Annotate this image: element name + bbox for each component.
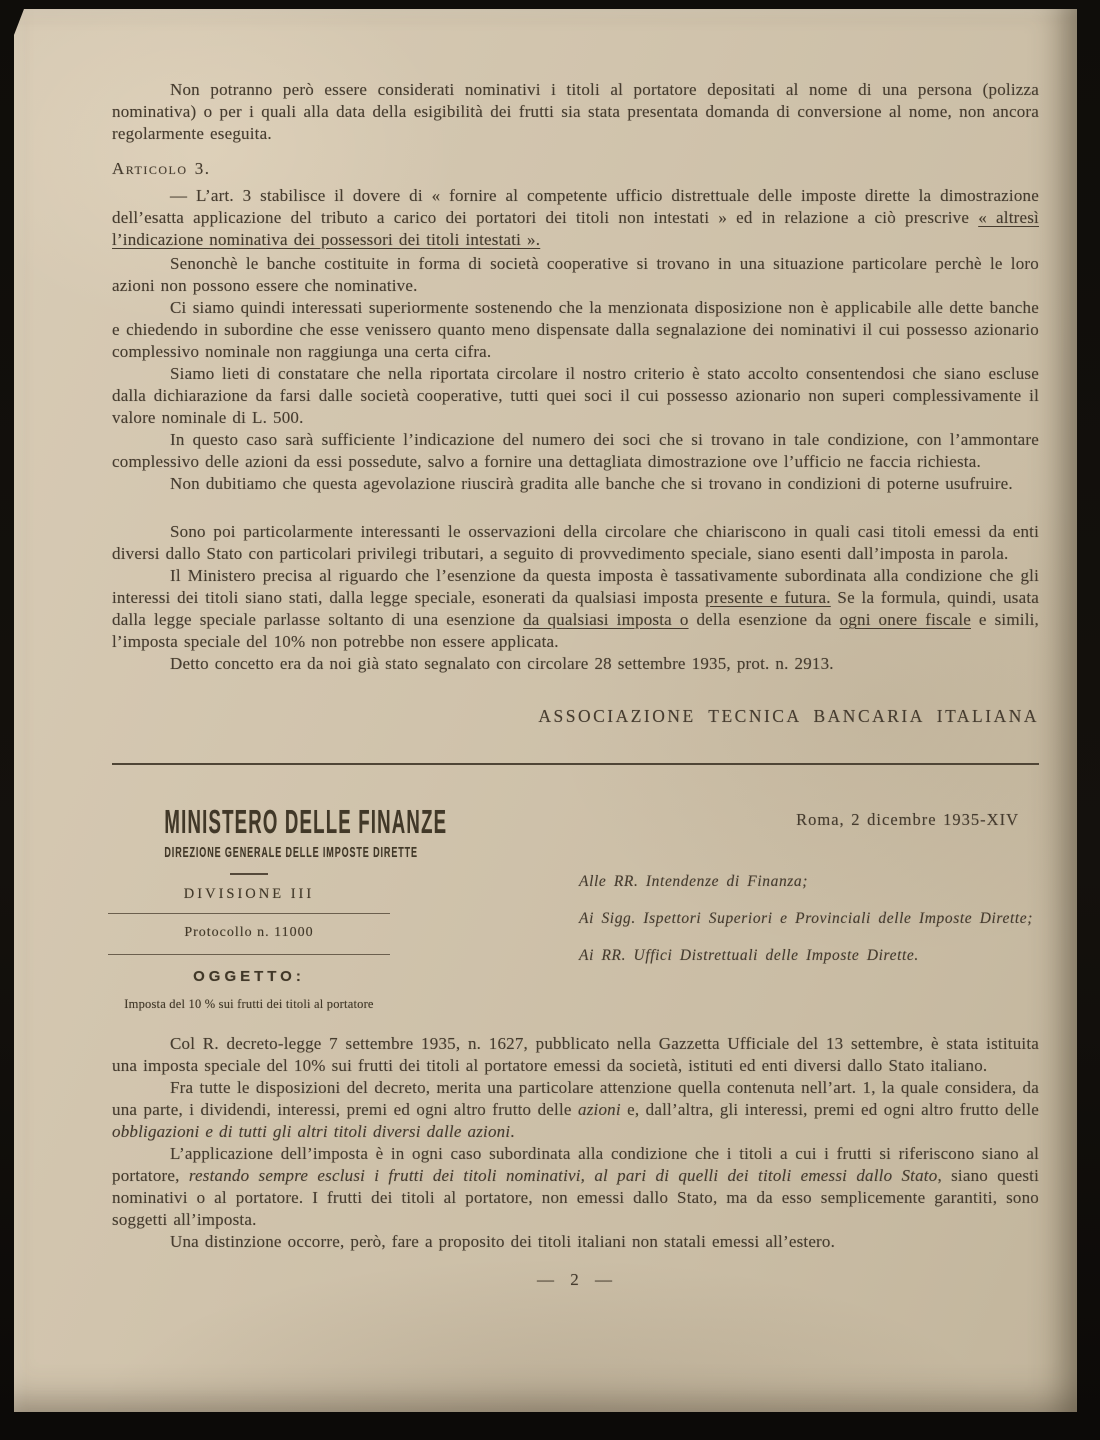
paragraph: Non dubitiamo che questa agevolazione ri…: [112, 473, 1039, 495]
ministry-name: MINISTERO DELLE FINANZE: [164, 805, 333, 838]
text-segment: e, dall’altra, gli interessi, premi ed o…: [621, 1100, 1039, 1119]
text-segment: .: [510, 1122, 514, 1141]
underline-emphasis: presente e futura.: [705, 588, 831, 607]
directorate-name: DIREZIONE GENERALE DELLE IMPOSTE DIRETTE: [164, 845, 333, 860]
paragraph: In questo caso sarà sufficiente l’indica…: [112, 429, 1039, 473]
recipients-list: Alle RR. Intendenze di Finanza; Ai Sigg.…: [579, 871, 1039, 967]
italic-emphasis: azioni: [578, 1100, 621, 1119]
decree-section: Col R. decreto-legge 7 settembre 1935, n…: [112, 1033, 1039, 1253]
scanned-document-screenshot: { "page": { "paper_color": "#d1c4ad", "i…: [0, 0, 1100, 1440]
paragraph: Siamo lieti di constatare che nella ripo…: [112, 363, 1039, 429]
paragraph: Col R. decreto-legge 7 settembre 1935, n…: [112, 1033, 1039, 1077]
paragraph: Una distinzione occorre, però, fare a pr…: [112, 1231, 1039, 1253]
paragraph-art3: — L’art. 3 stabilisce il dovere di « for…: [112, 185, 1039, 251]
recipient-line: Alle RR. Intendenze di Finanza;: [579, 871, 1039, 893]
subject-text: Imposta del 10 % sui frutti dei titoli a…: [108, 993, 390, 1015]
subject-label: OGGETTO:: [108, 966, 390, 988]
paragraph-applicazione: L’applicazione dell’imposta è in ogni ca…: [112, 1143, 1039, 1231]
article-heading: Articolo 3.: [112, 158, 1039, 180]
underline-emphasis: da qualsiasi imposta o: [523, 610, 688, 629]
text-segment: — L’art. 3 stabilisce il dovere di « for…: [112, 186, 1039, 227]
italic-emphasis: restando sempre esclusi i frutti dei tit…: [189, 1166, 938, 1185]
letterhead-left-block: MINISTERO DELLE FINANZE DIREZIONE GENERA…: [108, 805, 390, 1015]
paragraph: Sono poi particolarmente interessanti le…: [112, 521, 1039, 565]
division-label: DIVISIONE III: [108, 883, 390, 914]
recipient-line: Ai RR. Uffici Distrettuali delle Imposte…: [579, 945, 1039, 967]
dispatch-date: Roma, 2 dicembre 1935-XIV: [579, 809, 1039, 831]
page-number: — 2 —: [112, 1269, 1039, 1291]
page-content: Non potranno però essere considerati nom…: [14, 9, 1077, 1291]
ministry-letterhead: MINISTERO DELLE FINANZE DIREZIONE GENERA…: [112, 805, 1039, 983]
signature-line: ASSOCIAZIONE TECNICA BANCARIA ITALIANA: [112, 705, 1039, 727]
paragraph: Ci siamo quindi interessati superiorment…: [112, 297, 1039, 363]
paragraph: Senonchè le banche costituite in forma d…: [112, 253, 1039, 297]
letterhead-right-block: Roma, 2 dicembre 1935-XIV Alle RR. Inten…: [579, 809, 1039, 982]
section-divider: [112, 763, 1039, 765]
underline-emphasis: ogni onere fiscale: [840, 610, 971, 629]
italic-emphasis: obbligazioni e di tutti gli altri titoli…: [112, 1122, 510, 1141]
text-segment: della esenzione da: [689, 610, 840, 629]
paragraph-art1: Fra tutte le disposizioni del decreto, m…: [112, 1077, 1039, 1143]
circular-section: Non potranno però essere considerati nom…: [112, 79, 1039, 727]
paper: Non potranno però essere considerati nom…: [14, 9, 1077, 1412]
protocol-number: Protocollo n. 11000: [108, 914, 390, 955]
recipient-line: Ai Sigg. Ispettori Superiori e Provincia…: [579, 908, 1039, 930]
paragraph: Non potranno però essere considerati nom…: [112, 79, 1039, 145]
paragraph-ministero: Il Ministero precisa al riguardo che l’e…: [112, 565, 1039, 653]
paragraph: Detto concetto era da noi già stato segn…: [112, 653, 1039, 675]
small-rule: [230, 873, 268, 875]
